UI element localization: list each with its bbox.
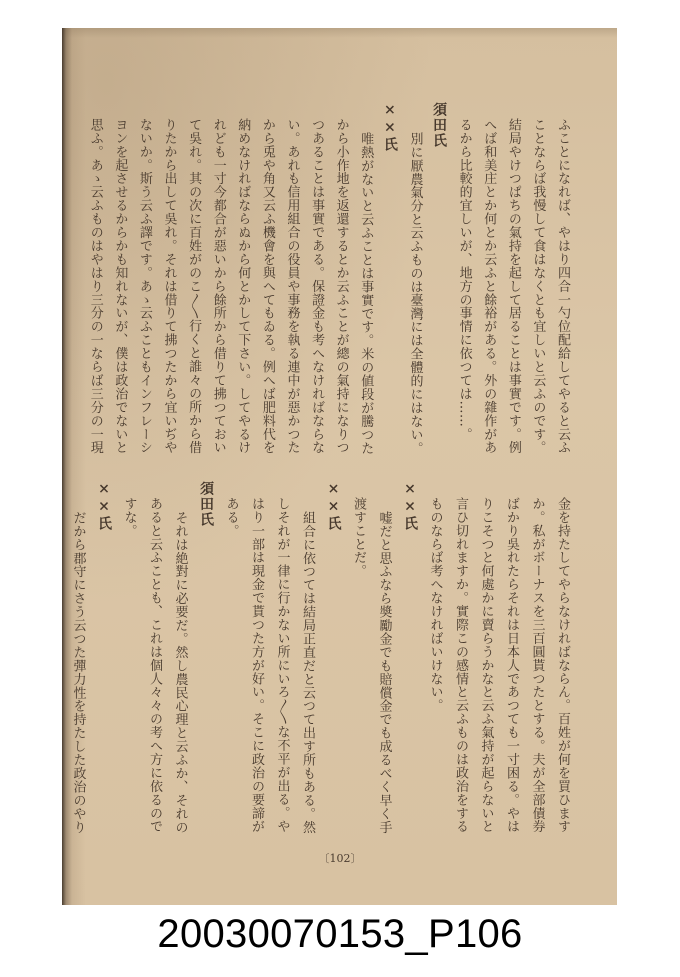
image-caption: 20030070153_P106 (0, 912, 680, 957)
text-column: ヨンを起させるからかも知れないが、僕は政治でないと (107, 118, 132, 478)
text-column: か。私がボーナスを三百圓貰つたとする。夫が全部債券 (524, 497, 550, 857)
text-column: から小作地を返還するとか云ふことが總の氣持になりつ (328, 118, 353, 478)
lower-text-block: 金を持たしてやらなければならん。百姓が何を買ひます か。私がボーナスを三百圓貰つ… (65, 497, 575, 857)
text-column: るから比較的宜しいが、地方の事情に依つては……。 (451, 118, 476, 478)
speech-first-line: 別に厭農氣分と云ふものは臺灣には全體的にはない。 (402, 118, 427, 492)
text-column: しそれが一律に行かない所にいろ〳〵な不平が出る。や (269, 497, 295, 857)
speaker-name: ××氏 (320, 481, 346, 841)
speech-first-line: 組合に依つては結局正直だと云つて出す所もある。然 (295, 497, 321, 871)
speaker-name: ××氏 (377, 102, 402, 462)
text-column: ことならば我慢して食はなくとも宜しいと云ふのです。 (525, 118, 550, 478)
text-column: りこそつと何處かに賣らうかなと云ふ氣持が起らないと (473, 497, 499, 857)
speech-first-line: だから郡守にさう云つた彈力性を持たした政治のやり (65, 497, 91, 871)
speaker-name: ××氏 (91, 481, 117, 841)
text-column: ものならば考へなければいけない。 (422, 497, 448, 857)
text-column: りたから出して吳れ。それは借りて拂つたから宜いぢや (156, 118, 181, 478)
upper-text-block: ふことになれば、やはり四合一勺位配給してやると云ふ ことならば我慢して食はなくと… (82, 118, 574, 478)
text-column: 言ひ切れますか。實際この感情と云ふものは政治をする (448, 497, 474, 857)
text-column: すな。 (116, 497, 142, 857)
text-column: へば和美庄とか何とか云ふと餘裕がある。外の雜作があ (476, 118, 501, 478)
speech-first-line: それは絶對に必要だ。然し農民心理と云ふか、それの (167, 497, 193, 871)
text-column: はり一部は現金で貰つた方が好い。そこに政治の要諦が (244, 497, 270, 857)
text-column: 結局やけつぱちの氣持を起して居ることは事實です。例 (500, 118, 525, 478)
text-column: て吳れ。其の次に百姓がのこ〳〵行くと誰々の所から借 (181, 118, 206, 478)
speaker-name: ××氏 (397, 481, 423, 841)
text-column: 納めなければならぬから何とかして下さい。してやるけ (230, 118, 255, 478)
text-column: ばかり吳れたらそれは日本人であつても一寸困る。やは (499, 497, 525, 857)
text-column: ないか。斯う云ふ譯です。あゝ云ふこともインフレーシ (131, 118, 156, 478)
page-number: 〔102〕 (300, 850, 380, 866)
speaker-name: 須田氏 (426, 102, 451, 462)
text-column: ある。 (218, 497, 244, 857)
text-column: 金を持たしてやらなければならん。百姓が何を買ひます (550, 497, 576, 857)
text-column: 思ふ。あゝ云ふものはやはり三分の一ならば三分の一現 (82, 118, 107, 478)
text-column: い。あれも信用組合の役員や事務を執る連中が惡かつた (279, 118, 304, 478)
text-column: あると云ふことも、これは個人々々の考へ方に依るので (142, 497, 168, 857)
text-column: つあることは事實である。保證金も考へなければならな (303, 118, 328, 478)
text-column: れども一寸今都合が惡いから餘所から借りて拂つておい (205, 118, 230, 478)
speech-first-line: 唯熱がないと云ふことは事實です。米の値段が騰つた (353, 118, 378, 492)
text-column: から兎や角又云ふ機會を與へてもゐる。例へば肥料代を (254, 118, 279, 478)
speaker-name: 須田氏 (193, 481, 219, 841)
text-column: ふことになれば、やはり四合一勺位配給してやると云ふ (549, 118, 574, 478)
text-column: 渡すことだ。 (346, 497, 372, 857)
speech-first-line: 嘘だと思ふなら奬勵金でも賠償金でも成るべく早く手 (371, 497, 397, 871)
